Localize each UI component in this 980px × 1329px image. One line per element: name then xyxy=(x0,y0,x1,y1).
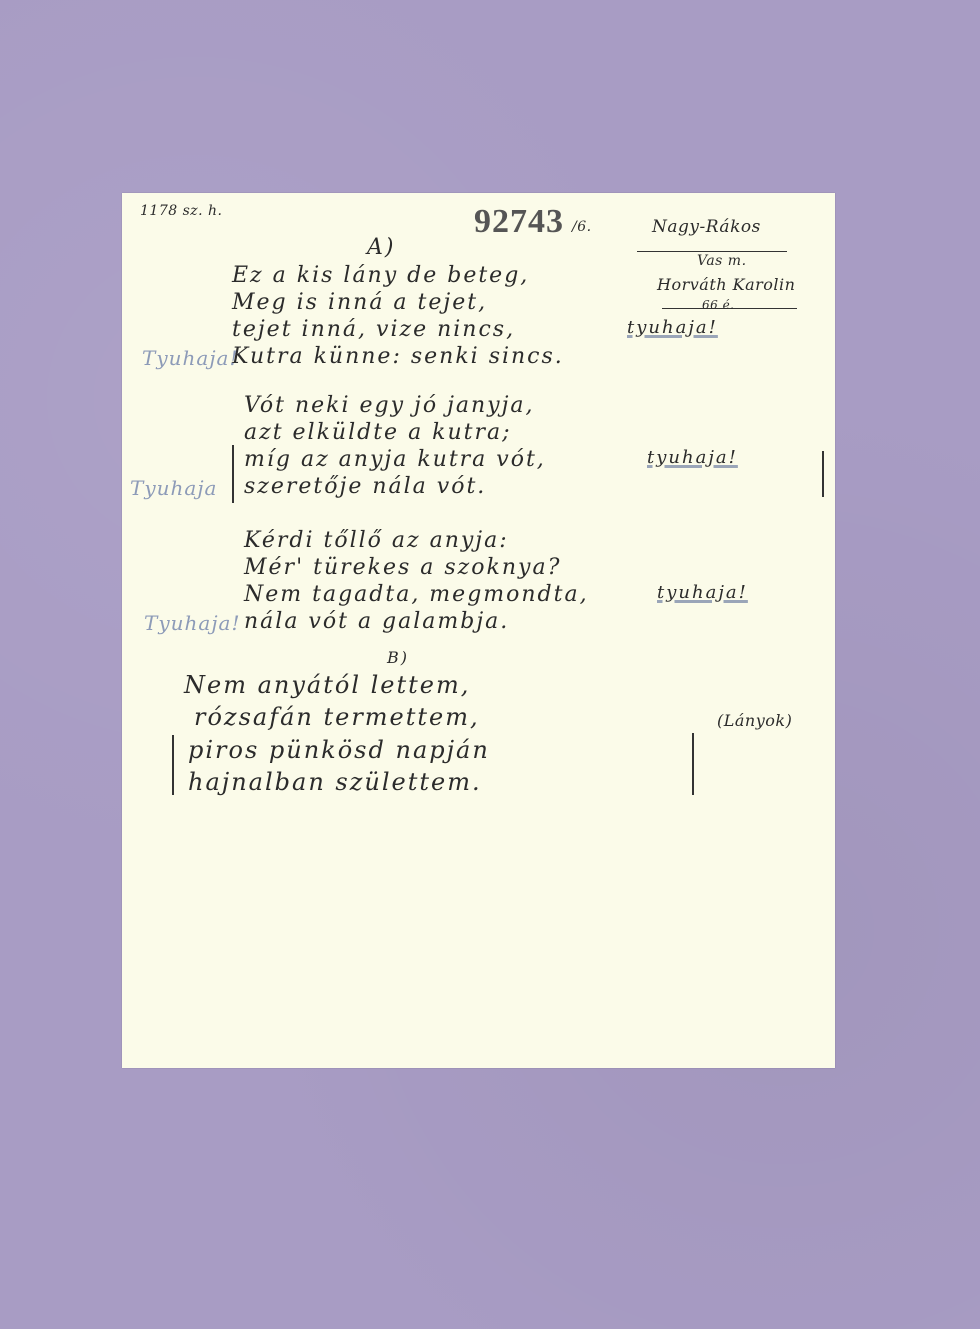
lyric-line: Ez a kis lány de beteg, xyxy=(232,263,529,288)
divider xyxy=(637,251,787,252)
lyric-line: hajnalban születtem. xyxy=(188,768,482,796)
repeat-bar xyxy=(172,735,174,795)
repeat-bar xyxy=(232,445,234,503)
refrain-margin: Tyuhaja! xyxy=(144,611,241,635)
lyric-line: Nem tagadta, megmondta, xyxy=(244,582,589,607)
refrain-margin: Tyuhaja xyxy=(130,476,217,500)
section-b-label: B) xyxy=(387,648,409,667)
location-county: Vas m. xyxy=(697,253,747,269)
stamp-suffix: /6. xyxy=(572,219,592,235)
location-place: Nagy-Rákos xyxy=(652,217,761,237)
refrain-inline: tyuhaja! xyxy=(627,317,718,338)
section-a-label: A) xyxy=(367,235,395,260)
lyric-line: Mér' türekes a szoknya? xyxy=(244,555,561,580)
lyric-line: rózsafán termettem, xyxy=(194,703,480,731)
note-lanyok: (Lányok) xyxy=(717,711,792,730)
refrain-margin: Tyuhaja! xyxy=(142,346,239,370)
refrain-inline: tyuhaja! xyxy=(657,582,748,603)
lyric-line: Kérdi tőllő az anyja: xyxy=(244,528,509,553)
refrain-inline: tyuhaja! xyxy=(647,447,738,468)
informant-name: Horváth Karolin xyxy=(657,275,795,294)
lyric-line: Vót neki egy jó janyja, xyxy=(244,393,535,418)
lyric-line: Meg is inná a tejet, xyxy=(232,290,487,315)
catalog-note: 1178 sz. h. xyxy=(140,203,223,219)
manuscript-card: 1178 sz. h. 92743 /6. Nagy-Rákos Vas m. … xyxy=(122,193,835,1068)
lyric-line: tejet inná, vize nincs, xyxy=(232,317,515,342)
lyric-line: nála vót a galambja. xyxy=(244,609,509,634)
lyric-line: azt elküldte a kutra; xyxy=(244,420,512,445)
lyric-line: szeretője nála vót. xyxy=(244,474,486,499)
lyric-line: míg az anyja kutra vót, xyxy=(244,447,546,472)
lyric-line: Nem anyától lettem, xyxy=(184,671,470,699)
informant-age: 66 é. xyxy=(702,298,735,312)
lyric-line: Kutra künne: senki sincs. xyxy=(232,344,564,369)
stamp-number: 92743 xyxy=(474,203,564,241)
repeat-bar xyxy=(822,451,824,497)
repeat-bar xyxy=(692,733,694,795)
lyric-line: piros pünkösd napján xyxy=(188,736,490,764)
